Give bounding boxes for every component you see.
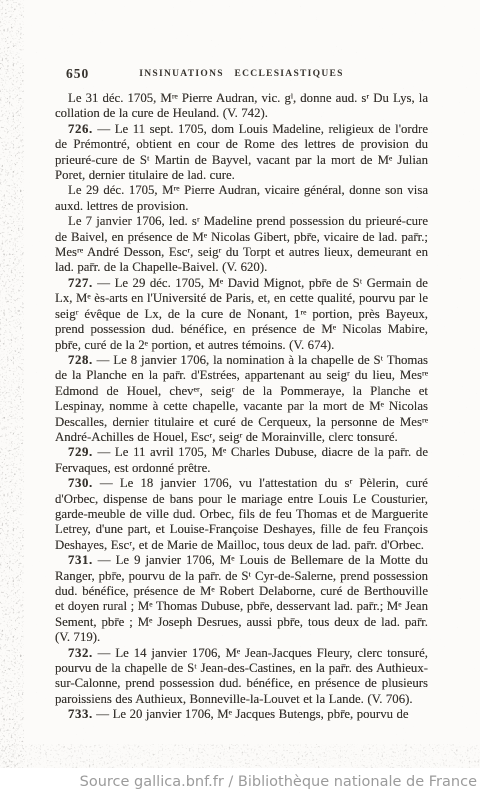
page-header: 650 INSINUATIONS ECCLESIASTIQUES [55,66,428,82]
source-footer: Source gallica.bnf.fr / Bibliothèque nat… [0,768,480,798]
entry-number: 729. [68,445,93,459]
entry-text: Le 29 déc. 1705, Mʳᵉ Pierre Audran, vica… [55,183,428,212]
entry-paragraph: Le 29 déc. 1705, Mʳᵉ Pierre Audran, vica… [55,183,428,214]
entry-text: — Le 20 janvier 1706, Mᵉ Jacques Butengs… [93,707,409,721]
entry-text: — Le 11 sept. 1705, dom Louis Madeline, … [55,122,428,182]
page-number: 650 [66,66,89,82]
entry-paragraph: 729. — Le 11 avril 1705, Mᵉ Charles Dubu… [55,445,428,476]
entry-number: 726. [68,122,93,136]
entry-paragraph: 728. — Le 8 janvier 1706, la nomination … [55,353,428,445]
entry-text: — Le 29 déc. 1705, Mᵉ David Mignot, pbr̄… [55,276,428,352]
entry-paragraph: Le 31 déc. 1705, Mʳᵉ Pierre Audran, vic.… [55,91,428,122]
entry-number: 731. [68,553,93,567]
entry-text: — Le 11 avril 1705, Mᵉ Charles Dubuse, d… [55,445,428,474]
entry-text: Le 7 janvier 1706, led. sʳ Madeline pren… [55,214,428,274]
entry-paragraph: Le 7 janvier 1706, led. sʳ Madeline pren… [55,214,428,276]
entry-paragraph: 733. — Le 20 janvier 1706, Mᵉ Jacques Bu… [55,707,428,722]
entry-paragraph: 726. — Le 11 sept. 1705, dom Louis Madel… [55,122,428,184]
entry-paragraph: 731. — Le 9 janvier 1706, Mᵉ Louis de Be… [55,553,428,645]
scan-paper: 650 INSINUATIONS ECCLESIASTIQUES Le 31 d… [0,0,480,770]
entry-text: — Le 9 janvier 1706, Mᵉ Louis de Bellema… [55,553,428,644]
entry-paragraph: 727. — Le 29 déc. 1705, Mᵉ David Mignot,… [55,276,428,353]
entry-text: — Le 8 janvier 1706, la nomination à la … [55,353,428,444]
entry-text: — Le 14 janvier 1706, Mᵉ Jean-Jacques Fl… [55,646,428,706]
entry-text: — Le 18 janvier 1706, vu l'attestation d… [55,476,428,552]
entry-number: 730. [68,476,93,490]
entry-paragraph: 730. — Le 18 janvier 1706, vu l'attestat… [55,476,428,553]
scanned-page: 650 INSINUATIONS ECCLESIASTIQUES Le 31 d… [0,0,480,798]
source-attribution: Source gallica.bnf.fr / Bibliothèque nat… [80,774,477,790]
entry-number: 732. [68,646,93,660]
entry-number: 727. [68,276,93,290]
entry-number: 733. [68,707,93,721]
entry-paragraph: 732. — Le 14 janvier 1706, Mᵉ Jean-Jacqu… [55,646,428,708]
running-title: INSINUATIONS ECCLESIASTIQUES [55,66,428,79]
entry-number: 728. [68,353,93,367]
entry-text: Le 31 déc. 1705, Mʳᵉ Pierre Audran, vic.… [55,91,428,120]
text-block: Le 31 déc. 1705, Mʳᵉ Pierre Audran, vic.… [55,91,428,723]
